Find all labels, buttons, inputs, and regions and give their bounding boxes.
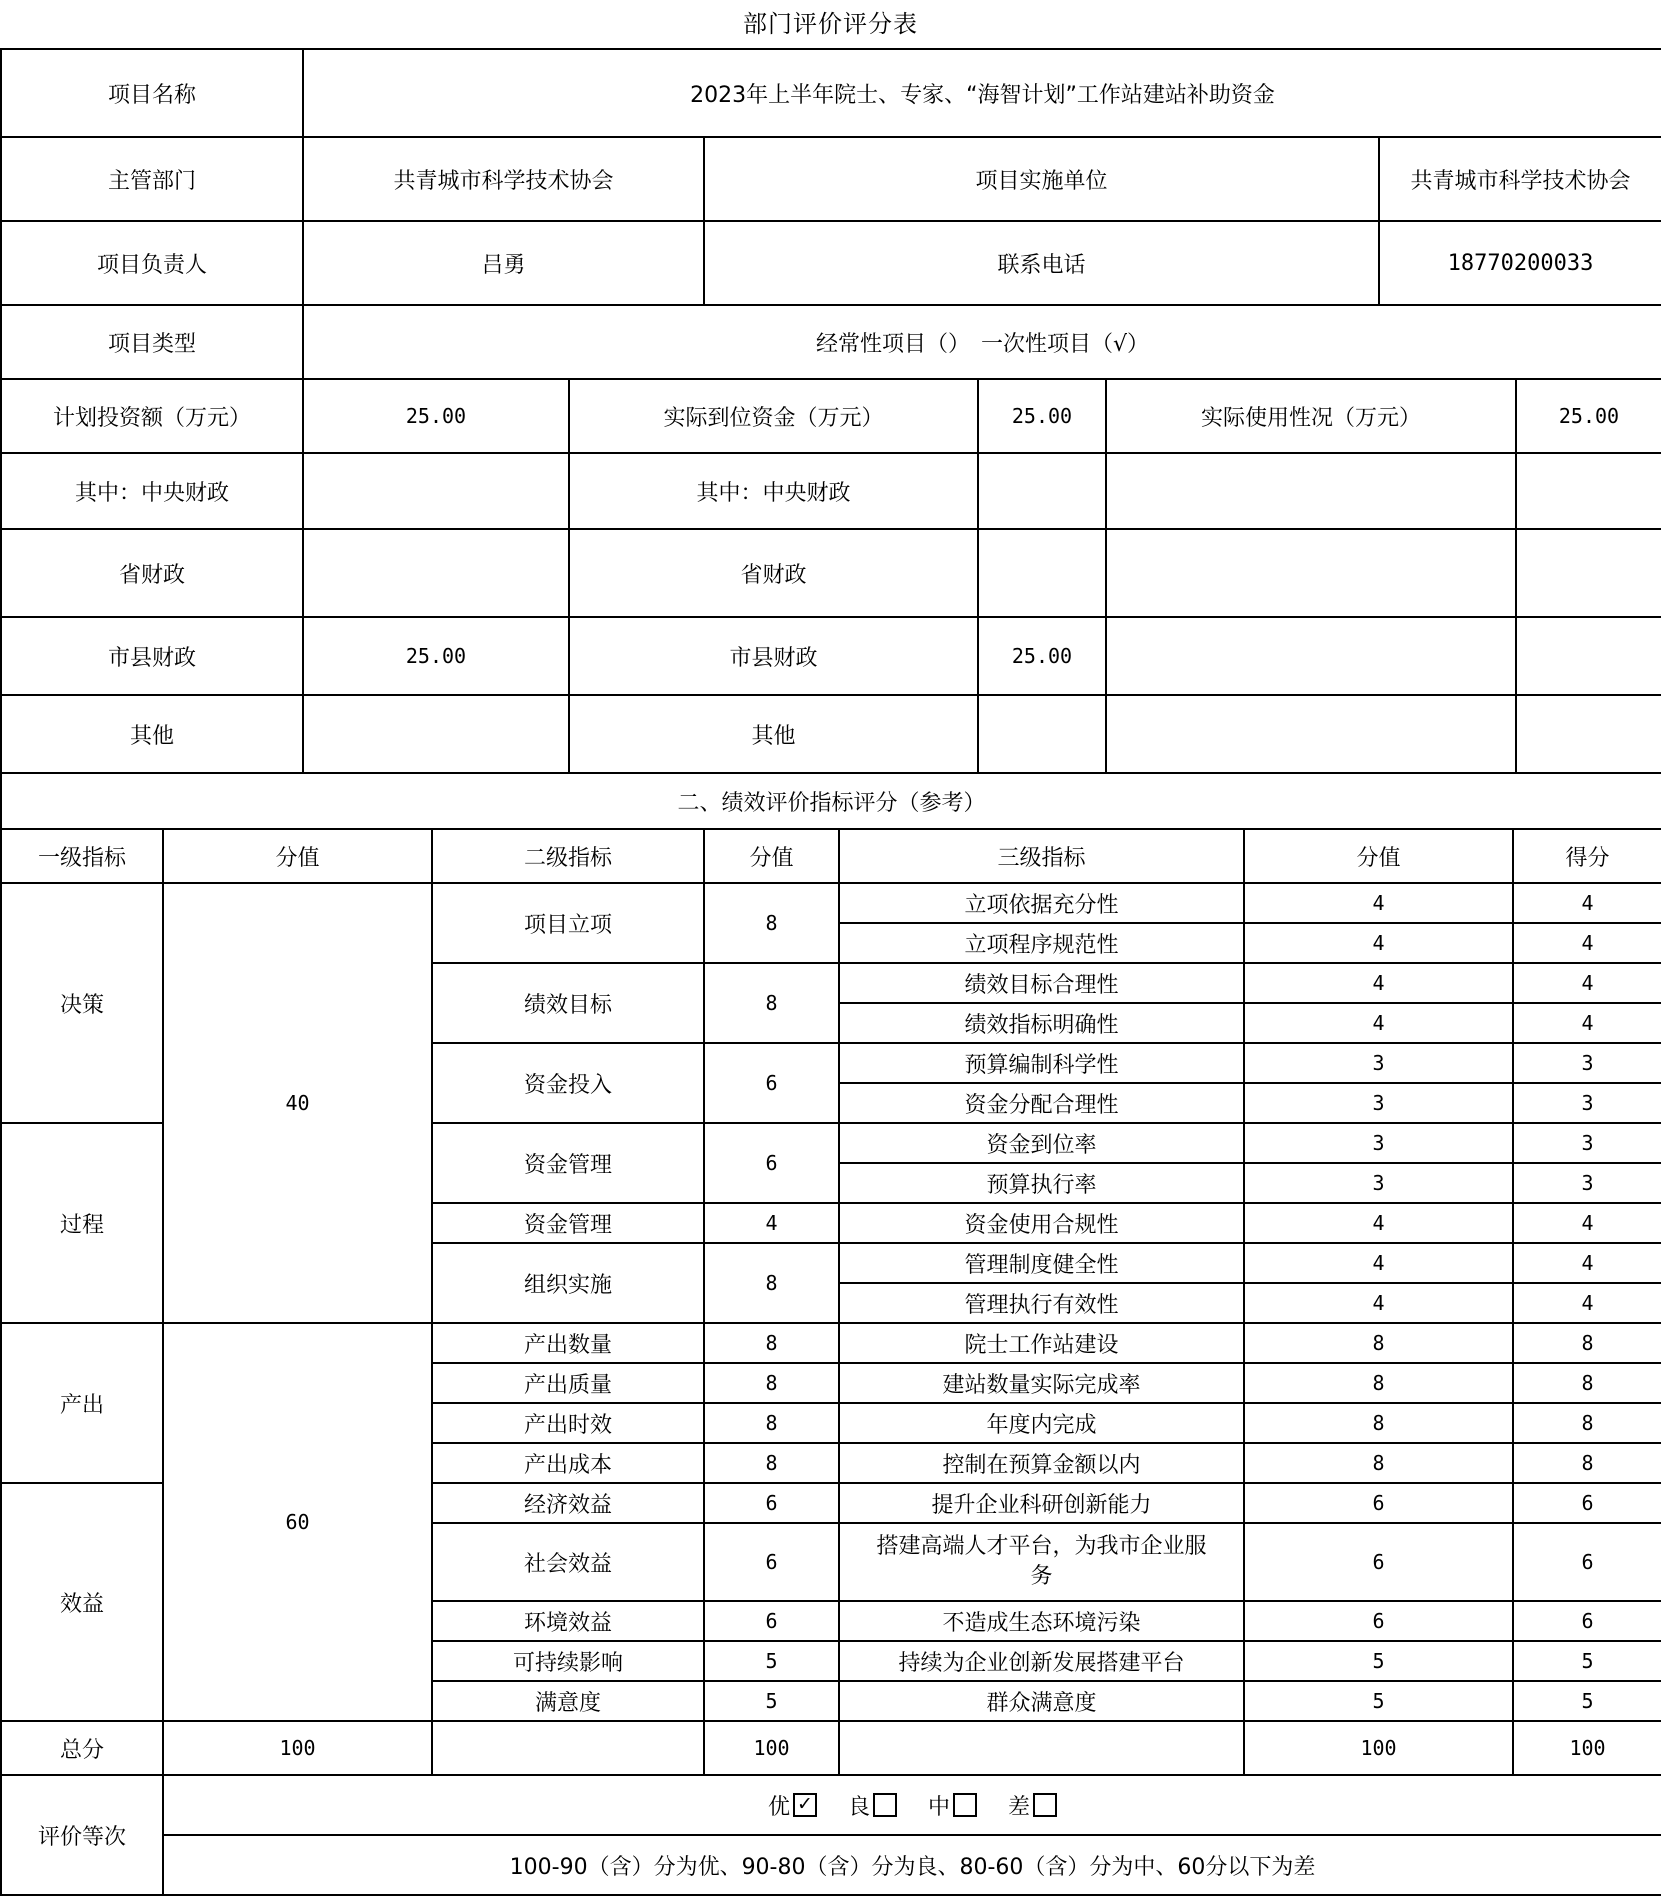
level2-score: 6	[704, 1483, 839, 1523]
level2-name: 资金投入	[432, 1043, 704, 1123]
level3-score: 4	[1244, 1003, 1513, 1043]
info-table: 项目名称 2023年上半年院士、专家、“海智计划”工作站建站补助资金 主管部门 …	[0, 48, 1661, 380]
level2-score: 5	[704, 1681, 839, 1721]
level3-name: 资金分配合理性	[839, 1083, 1244, 1123]
level2-score: 8	[704, 1363, 839, 1403]
level3-name-text: 搭建高端人才平台，为我市企业服务	[877, 1532, 1207, 1591]
leader-label: 项目负责人	[1, 221, 303, 305]
table-row: 项目负责人 吕勇 联系电话 18770200033	[1, 221, 1661, 305]
level2-name: 组织实施	[432, 1243, 704, 1323]
funding-table: 计划投资额（万元） 25.00 实际到位资金（万元） 25.00 实际使用性况（…	[0, 378, 1661, 774]
level3-name: 年度内完成	[839, 1403, 1244, 1443]
table-row: 二、绩效评价指标评分（参考）	[1, 773, 1661, 829]
level2-score: 6	[704, 1043, 839, 1123]
level1-benefit: 效益	[1, 1483, 163, 1721]
level2-name: 满意度	[432, 1681, 704, 1721]
group-score-60: 60	[163, 1323, 432, 1721]
level3-got: 3	[1513, 1163, 1661, 1203]
phone-value: 18770200033	[1379, 221, 1661, 305]
table-row: 市县财政 25.00 市县财政 25.00	[1, 617, 1661, 695]
col-header-score3: 分值	[1244, 829, 1513, 883]
total-row: 总分 100 100 100 100	[1, 1721, 1661, 1775]
total-empty-cell	[839, 1721, 1244, 1775]
central-finance-value3	[1516, 453, 1661, 529]
received-funds-label: 实际到位资金（万元）	[569, 379, 978, 453]
level2-score: 8	[704, 963, 839, 1043]
grade-note-row: 100-90（含）分为优、90-80（含）分为良、80-60（含）分为中、60分…	[1, 1835, 1661, 1895]
grade-label: 评价等次	[1, 1775, 163, 1895]
level3-name: 立项程序规范性	[839, 923, 1244, 963]
level2-name: 经济效益	[432, 1483, 704, 1523]
level2-score: 8	[704, 1243, 839, 1323]
level3-score: 3	[1244, 1083, 1513, 1123]
project-type-value: 经常性项目（） 一次性项目（√）	[303, 305, 1661, 379]
other-finance-label2: 其他	[569, 695, 978, 773]
level3-got: 6	[1513, 1601, 1661, 1641]
city-finance-label: 市县财政	[1, 617, 303, 695]
province-finance-label: 省财政	[1, 529, 303, 617]
grade-row: 评价等次 优✓ 良 中 差	[1, 1775, 1661, 1835]
other-finance-label: 其他	[1, 695, 303, 773]
level3-score: 5	[1244, 1681, 1513, 1721]
impl-unit-value: 共青城市科学技术协会	[1379, 137, 1661, 221]
level2-name: 产出质量	[432, 1363, 704, 1403]
table-header-row: 一级指标 分值 二级指标 分值 三级指标 分值 得分	[1, 829, 1661, 883]
grade-option-poor: 差	[1008, 1790, 1057, 1821]
city-finance-label2: 市县财政	[569, 617, 978, 695]
level2-score: 5	[704, 1641, 839, 1681]
level3-score: 3	[1244, 1123, 1513, 1163]
level3-got: 4	[1513, 1003, 1661, 1043]
level3-name: 绩效目标合理性	[839, 963, 1244, 1003]
level3-got: 3	[1513, 1083, 1661, 1123]
level3-score: 5	[1244, 1641, 1513, 1681]
level3-got: 5	[1513, 1641, 1661, 1681]
level3-score: 3	[1244, 1163, 1513, 1203]
level1-decision: 决策	[1, 883, 163, 1123]
phone-label: 联系电话	[704, 221, 1379, 305]
table-row: 省财政 省财政	[1, 529, 1661, 617]
table-row: 项目名称 2023年上半年院士、专家、“海智计划”工作站建站补助资金	[1, 49, 1661, 137]
col-header-score2: 分值	[704, 829, 839, 883]
evaluation-form-page: 部门评价评分表 项目名称 2023年上半年院士、专家、“海智计划”工作站建站补助…	[0, 0, 1661, 1896]
level3-score: 8	[1244, 1403, 1513, 1443]
level3-got: 8	[1513, 1403, 1661, 1443]
group-score-40: 40	[163, 883, 432, 1323]
table-row: 计划投资额（万元） 25.00 实际到位资金（万元） 25.00 实际使用性况（…	[1, 379, 1661, 453]
col-header-level2: 二级指标	[432, 829, 704, 883]
level3-got: 8	[1513, 1363, 1661, 1403]
level3-got: 4	[1513, 923, 1661, 963]
level2-name: 产出成本	[432, 1443, 704, 1483]
province-finance-value1	[303, 529, 569, 617]
level3-name: 资金使用合规性	[839, 1203, 1244, 1243]
province-finance-value2	[978, 529, 1106, 617]
level3-name: 建站数量实际完成率	[839, 1363, 1244, 1403]
section-heading: 二、绩效评价指标评分（参考）	[1, 773, 1661, 829]
level3-score: 4	[1244, 923, 1513, 963]
city-finance-value3	[1516, 617, 1661, 695]
grade-note: 100-90（含）分为优、90-80（含）分为良、80-60（含）分为中、60分…	[163, 1835, 1661, 1895]
other-finance-value2	[978, 695, 1106, 773]
level3-got: 8	[1513, 1443, 1661, 1483]
central-finance-label2: 其中：中央财政	[569, 453, 978, 529]
level2-name: 项目立项	[432, 883, 704, 963]
level3-name: 提升企业科研创新能力	[839, 1483, 1244, 1523]
level3-score: 6	[1244, 1483, 1513, 1523]
table-row: 其中：中央财政 其中：中央财政	[1, 453, 1661, 529]
project-type-label: 项目类型	[1, 305, 303, 379]
level3-got: 4	[1513, 1203, 1661, 1243]
level3-name: 控制在预算金额以内	[839, 1443, 1244, 1483]
project-name-label: 项目名称	[1, 49, 303, 137]
table-row: 决策 40 项目立项 8 立项依据充分性 4 4	[1, 883, 1661, 923]
table-row: 其他 其他	[1, 695, 1661, 773]
level3-score: 8	[1244, 1323, 1513, 1363]
total-score2: 100	[704, 1721, 839, 1775]
level2-score: 8	[704, 1403, 839, 1443]
level3-score: 3	[1244, 1043, 1513, 1083]
used-funds-label: 实际使用性况（万元）	[1106, 379, 1516, 453]
level3-name: 不造成生态环境污染	[839, 1601, 1244, 1641]
checkbox-poor	[1033, 1793, 1057, 1817]
level2-name: 产出时效	[432, 1403, 704, 1443]
central-finance-value1	[303, 453, 569, 529]
level3-got: 3	[1513, 1043, 1661, 1083]
level1-process: 过程	[1, 1123, 163, 1323]
received-funds-value: 25.00	[978, 379, 1106, 453]
col-header-level1: 一级指标	[1, 829, 163, 883]
col-header-score1: 分值	[163, 829, 432, 883]
leader-value: 吕勇	[303, 221, 704, 305]
level3-score: 4	[1244, 963, 1513, 1003]
level3-got: 4	[1513, 883, 1661, 923]
level3-name: 管理执行有效性	[839, 1283, 1244, 1323]
level3-got: 6	[1513, 1483, 1661, 1523]
grade-option-good: 良	[848, 1790, 897, 1821]
level2-score: 8	[704, 1443, 839, 1483]
level2-name: 社会效益	[432, 1523, 704, 1601]
level3-got: 6	[1513, 1523, 1661, 1601]
level3-score: 4	[1244, 1203, 1513, 1243]
level3-score: 4	[1244, 1243, 1513, 1283]
level3-score: 8	[1244, 1443, 1513, 1483]
planned-investment-value: 25.00	[303, 379, 569, 453]
impl-unit-label: 项目实施单位	[704, 137, 1379, 221]
level2-score: 8	[704, 1323, 839, 1363]
checkbox-good	[873, 1793, 897, 1817]
level3-score: 4	[1244, 1283, 1513, 1323]
total-empty-cell	[432, 1721, 704, 1775]
total-score3: 100	[1244, 1721, 1513, 1775]
level2-score: 8	[704, 883, 839, 963]
level3-name: 绩效指标明确性	[839, 1003, 1244, 1043]
checkbox-excellent-checked: ✓	[793, 1793, 817, 1817]
dept-value: 共青城市科学技术协会	[303, 137, 704, 221]
central-finance-cell3	[1106, 453, 1516, 529]
central-finance-label: 其中：中央财政	[1, 453, 303, 529]
level3-name: 搭建高端人才平台，为我市企业服务	[839, 1523, 1244, 1601]
level3-got: 3	[1513, 1123, 1661, 1163]
grade-option-label: 中	[928, 1790, 950, 1821]
level3-got: 4	[1513, 1283, 1661, 1323]
level3-name: 院士工作站建设	[839, 1323, 1244, 1363]
level3-name: 群众满意度	[839, 1681, 1244, 1721]
city-finance-value1: 25.00	[303, 617, 569, 695]
col-header-level3: 三级指标	[839, 829, 1244, 883]
level3-name: 资金到位率	[839, 1123, 1244, 1163]
level3-name: 管理制度健全性	[839, 1243, 1244, 1283]
total-label: 总分	[1, 1721, 163, 1775]
other-finance-cell3	[1106, 695, 1516, 773]
level3-score: 6	[1244, 1523, 1513, 1601]
indicator-table: 二、绩效评价指标评分（参考） 一级指标 分值 二级指标 分值 三级指标 分值 得…	[0, 772, 1661, 1896]
level3-score: 8	[1244, 1363, 1513, 1403]
level3-score: 4	[1244, 883, 1513, 923]
used-funds-value: 25.00	[1516, 379, 1661, 453]
level2-name: 绩效目标	[432, 963, 704, 1043]
level2-score: 6	[704, 1123, 839, 1203]
level3-got: 8	[1513, 1323, 1661, 1363]
level2-score: 6	[704, 1601, 839, 1641]
grade-option-excellent: 优✓	[768, 1790, 817, 1821]
level2-name: 环境效益	[432, 1601, 704, 1641]
level2-name: 产出数量	[432, 1323, 704, 1363]
table-row: 主管部门 共青城市科学技术协会 项目实施单位 共青城市科学技术协会	[1, 137, 1661, 221]
province-finance-label2: 省财政	[569, 529, 978, 617]
total-got: 100	[1513, 1721, 1661, 1775]
level2-score: 4	[704, 1203, 839, 1243]
total-score1: 100	[163, 1721, 432, 1775]
city-finance-value2: 25.00	[978, 617, 1106, 695]
project-name-value: 2023年上半年院士、专家、“海智计划”工作站建站补助资金	[303, 49, 1661, 137]
dept-label: 主管部门	[1, 137, 303, 221]
planned-investment-label: 计划投资额（万元）	[1, 379, 303, 453]
level3-name: 立项依据充分性	[839, 883, 1244, 923]
level2-score: 6	[704, 1523, 839, 1601]
table-row: 项目类型 经常性项目（） 一次性项目（√）	[1, 305, 1661, 379]
level2-name: 资金管理	[432, 1123, 704, 1203]
checkbox-medium	[953, 1793, 977, 1817]
level3-got: 4	[1513, 1243, 1661, 1283]
province-finance-cell3	[1106, 529, 1516, 617]
central-finance-value2	[978, 453, 1106, 529]
level2-name: 资金管理	[432, 1203, 704, 1243]
grade-option-label: 优	[768, 1790, 790, 1821]
city-finance-cell3	[1106, 617, 1516, 695]
other-finance-value3	[1516, 695, 1661, 773]
level3-name: 预算编制科学性	[839, 1043, 1244, 1083]
level2-name: 可持续影响	[432, 1641, 704, 1681]
level1-output: 产出	[1, 1323, 163, 1483]
level3-score: 6	[1244, 1601, 1513, 1641]
level3-name: 预算执行率	[839, 1163, 1244, 1203]
other-finance-value1	[303, 695, 569, 773]
level3-got: 5	[1513, 1681, 1661, 1721]
table-row: 产出 60 产出数量 8 院士工作站建设 8 8	[1, 1323, 1661, 1363]
col-header-got: 得分	[1513, 829, 1661, 883]
page-title: 部门评价评分表	[0, 0, 1661, 48]
level3-got: 4	[1513, 963, 1661, 1003]
grade-option-medium: 中	[928, 1790, 977, 1821]
level3-name: 持续为企业创新发展搭建平台	[839, 1641, 1244, 1681]
grade-option-label: 良	[848, 1790, 870, 1821]
grade-options-cell: 优✓ 良 中 差	[163, 1775, 1661, 1835]
province-finance-value3	[1516, 529, 1661, 617]
grade-option-label: 差	[1008, 1790, 1030, 1821]
